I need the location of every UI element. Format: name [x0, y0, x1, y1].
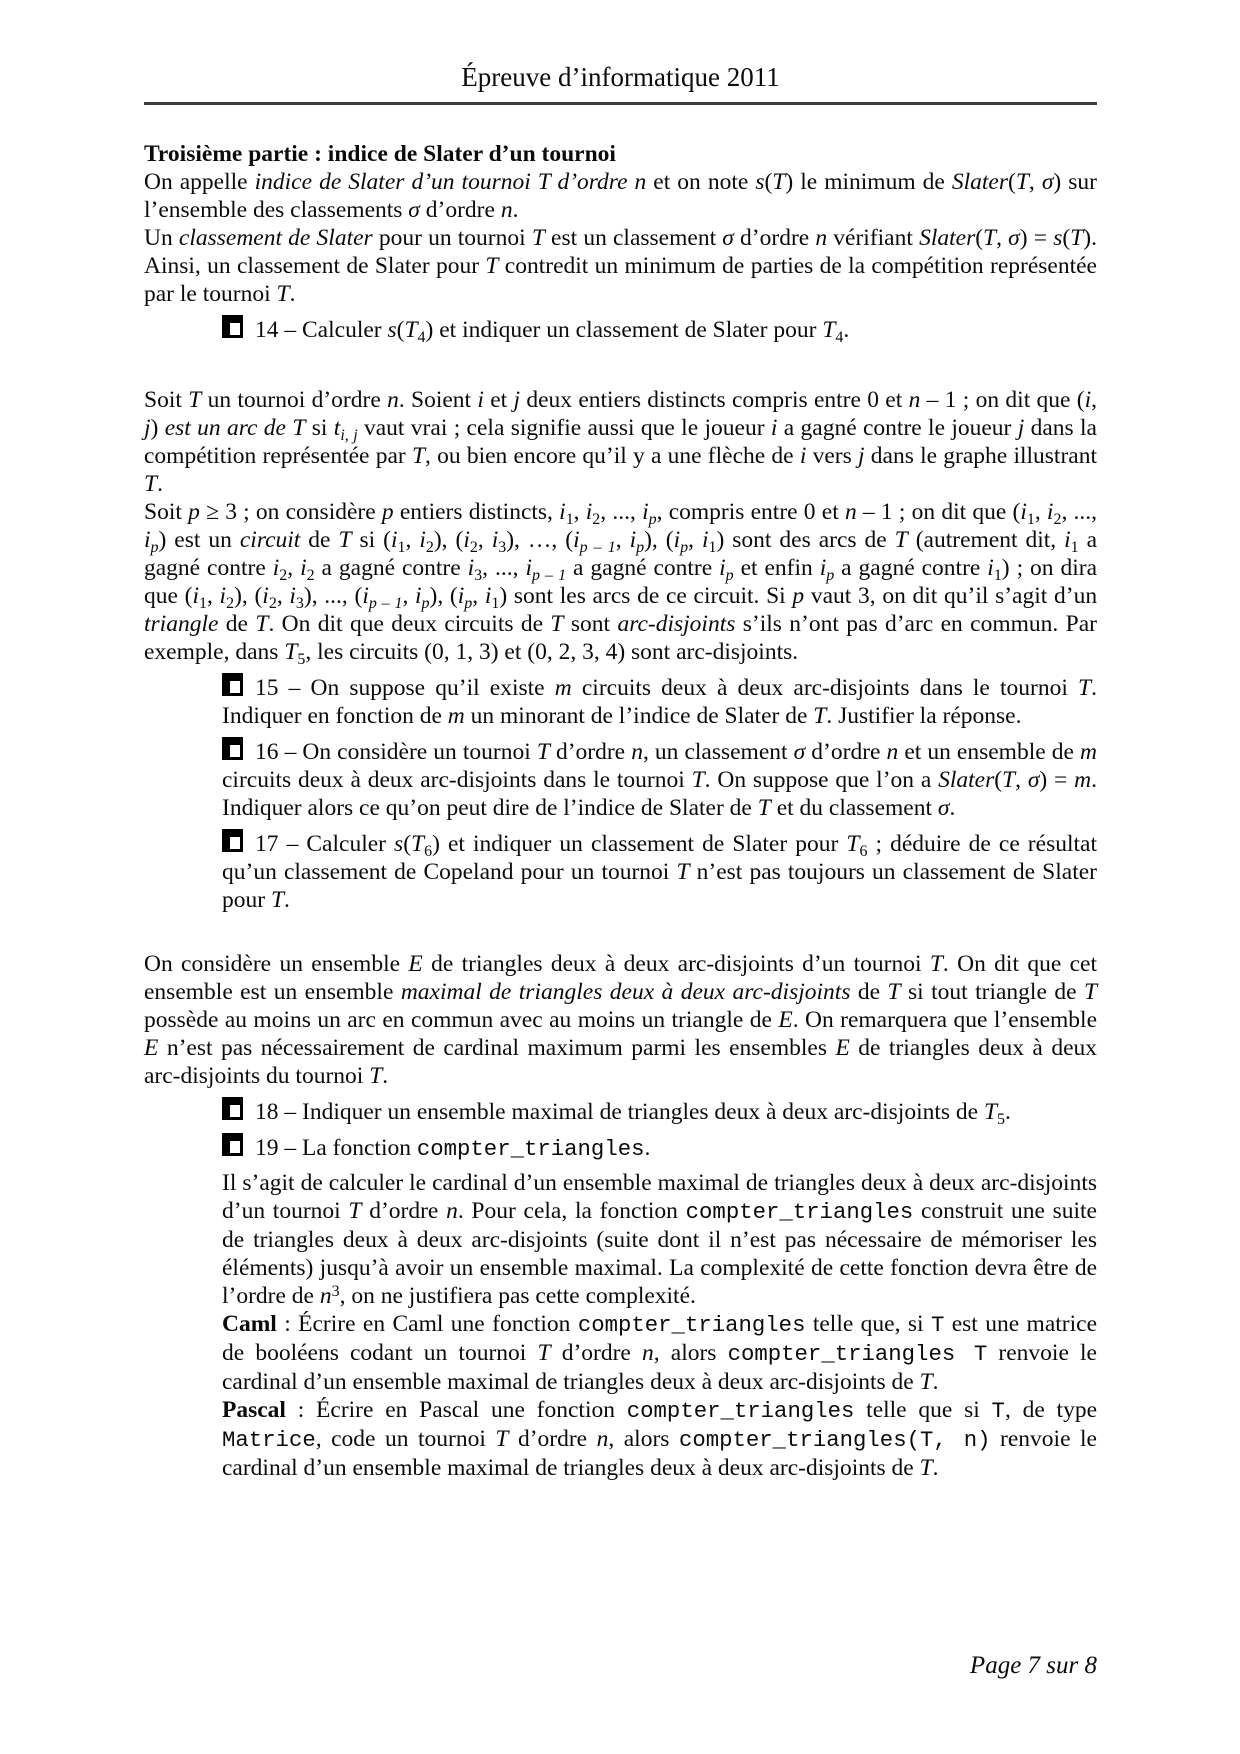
text-run: p	[382, 499, 394, 525]
text-run: .	[157, 471, 163, 497]
paragraph: On considère un ensemble E de triangles …	[144, 950, 1097, 1090]
text-run: 3	[474, 567, 482, 584]
text-run: de	[300, 527, 338, 553]
text-run: circuit	[240, 527, 300, 553]
text-run: ,	[207, 583, 220, 609]
text-run: T	[983, 225, 996, 251]
text-run: vers	[806, 443, 858, 469]
text-run: T	[692, 767, 705, 793]
section-gap	[144, 350, 1097, 386]
text-run: T	[920, 1455, 933, 1481]
text-run: E	[778, 1007, 792, 1033]
text-run: p	[636, 539, 644, 556]
text-run: i	[1020, 499, 1027, 525]
text-run: ,	[1029, 169, 1042, 195]
text-run: T	[813, 703, 826, 729]
text-run: 3	[498, 539, 506, 556]
text-run: , on ne justifiera pas cette complexité.	[340, 1283, 696, 1309]
text-run: T	[485, 253, 498, 279]
text-run: (	[1062, 225, 1070, 251]
text-run: Matrice	[222, 1427, 316, 1453]
text-run: a gagné contre	[566, 555, 719, 581]
text-run: 1	[566, 511, 574, 528]
text-run: n	[631, 739, 643, 765]
text-run: E	[408, 951, 422, 977]
text-run: . On suppose que l’on a	[705, 767, 938, 793]
text-run: i	[1064, 527, 1071, 553]
text-run: n	[320, 1283, 332, 1309]
text-run: .	[513, 197, 519, 223]
text-run: de	[850, 979, 887, 1005]
text-run: T	[537, 739, 550, 765]
section-heading: Troisième partie : indice de Slater d’un…	[144, 140, 1097, 168]
text-run: . Soient	[399, 387, 478, 413]
text-run: Soit	[144, 387, 188, 413]
text-run: le minimum de	[793, 169, 952, 195]
text-run: T	[255, 611, 268, 637]
text-run: σ	[938, 795, 950, 821]
text-run: ,	[1015, 767, 1028, 793]
text-run: T	[412, 443, 425, 469]
text-run: i	[144, 527, 151, 553]
text-run: est un classement	[545, 225, 722, 251]
text-run: sont	[564, 611, 618, 637]
text-run: a gagné contre	[315, 555, 468, 581]
text-run: 2	[426, 539, 434, 556]
text-run: .	[644, 1135, 650, 1161]
text-run: 2	[1053, 511, 1061, 528]
text-run: T	[931, 1312, 944, 1338]
section-gap	[144, 920, 1097, 950]
text-run: ,	[1035, 499, 1047, 525]
text-run: T	[271, 887, 284, 913]
text-run: T	[188, 387, 201, 413]
text-run: T	[1002, 767, 1015, 793]
text-run: i, j	[340, 427, 357, 444]
text-run: n	[446, 1198, 458, 1224]
text-run: s	[387, 317, 396, 343]
text-run: n	[909, 387, 921, 413]
text-run: .	[284, 887, 290, 913]
text-run: i	[300, 555, 307, 581]
text-run: i	[573, 527, 580, 553]
text-run: 19 – La fonction	[255, 1135, 417, 1161]
text-run: Pascal	[222, 1397, 286, 1423]
text-run: – 1 ; on dit que (	[857, 499, 1021, 525]
text-run: σ	[722, 225, 734, 251]
text-run: T	[984, 1099, 997, 1125]
text-run: (autrement dit,	[908, 527, 1064, 553]
text-run: a gagné contre le joueur	[777, 415, 1017, 441]
text-run: p – 1	[532, 567, 566, 584]
text-run: et	[484, 387, 514, 413]
text-run: ) =	[1020, 225, 1053, 251]
question-item: 19 – La fonction compter_triangles.	[222, 1132, 1097, 1163]
text-run: ,	[406, 527, 420, 553]
text-run: et enfin	[734, 555, 820, 581]
text-run: i	[362, 583, 369, 609]
text-run: Slater	[919, 225, 975, 251]
text-run: . On remarquera que l’ensemble	[793, 1007, 1097, 1033]
text-run: Troisième partie : indice de Slater d’un…	[144, 141, 616, 167]
text-run: Un	[144, 225, 179, 251]
text-run: s	[394, 831, 403, 857]
text-run: .	[382, 1063, 388, 1089]
text-run: – 1 ; on dit que (	[920, 387, 1084, 413]
text-run: , de type	[1005, 1397, 1097, 1423]
text-run: , ...,	[600, 499, 642, 525]
text-run: ,	[277, 583, 290, 609]
text-run: 1	[199, 595, 207, 612]
document-page: Épreuve d’informatique 2011 Troisième pa…	[0, 0, 1240, 1754]
text-run: compter_triangles	[686, 1199, 914, 1225]
text-run: 3	[332, 1283, 340, 1300]
paragraph: Caml : Écrire en Caml une fonction compt…	[222, 1310, 1097, 1396]
text-run: Soit	[144, 499, 188, 525]
text-run: T	[348, 1198, 361, 1224]
text-run: vérifiant	[827, 225, 919, 251]
text-run: T	[1078, 675, 1091, 701]
checkbox-icon	[222, 829, 243, 852]
checkbox-icon	[222, 315, 243, 338]
text-run: d’ordre	[508, 1426, 596, 1452]
text-run: T	[930, 951, 943, 977]
text-run: , ...,	[482, 555, 525, 581]
text-run: vaut 3, on dit qu’il s’agit d’un	[804, 583, 1097, 609]
text-run: T	[276, 281, 289, 307]
text-run: n	[845, 499, 857, 525]
text-run: 5	[997, 1111, 1005, 1128]
text-run: arc-disjoints	[617, 611, 735, 637]
text-run: 2	[307, 567, 315, 584]
text-run: d’ordre	[805, 739, 886, 765]
text-run: T	[895, 527, 908, 553]
text-run: ,	[616, 527, 630, 553]
text-run: (	[975, 225, 983, 251]
text-run: pour un tournoi	[373, 225, 532, 251]
text-run: T	[992, 1398, 1005, 1424]
text-run: telle que, si	[805, 1311, 931, 1337]
paragraph: Soit p ≥ 3 ; on considère p entiers dist…	[144, 498, 1097, 666]
text-run: T	[338, 527, 351, 553]
text-run: 1	[491, 595, 499, 612]
text-run: de triangles deux à deux arc-disjoints d…	[423, 951, 930, 977]
text-run: , code un tournoi	[316, 1426, 496, 1452]
text-run: i	[419, 527, 426, 553]
text-run: m	[448, 703, 465, 729]
text-run: est un arc de T	[165, 415, 306, 441]
document-body: Troisième partie : indice de Slater d’un…	[144, 140, 1097, 1482]
text-run: p	[792, 583, 804, 609]
text-run: entiers distincts,	[394, 499, 560, 525]
paragraph: Il s’agit de calculer le cardinal d’un e…	[222, 1169, 1097, 1310]
text-run: d’ordre	[361, 1198, 446, 1224]
checkbox-icon	[222, 1097, 243, 1120]
text-run: m	[1080, 739, 1097, 765]
text-run: ,	[472, 583, 485, 609]
text-run: i	[391, 527, 398, 553]
text-run: i	[719, 555, 726, 581]
text-run: 6	[859, 843, 867, 860]
text-run: et indiquer un classement de Slater pour	[433, 317, 822, 343]
text-run: possède au moins un arc en commun avec a…	[144, 1007, 778, 1033]
checkbox-icon	[222, 737, 243, 760]
text-run: .	[933, 1455, 939, 1481]
text-run: 2	[592, 511, 600, 528]
text-run: 17 – Calculer	[255, 831, 394, 857]
text-run: 4	[418, 329, 426, 346]
text-run: T	[676, 859, 689, 885]
text-run: i	[192, 583, 199, 609]
checkbox-icon	[222, 1133, 243, 1156]
text-run: (	[1008, 169, 1016, 195]
text-run: classement de Slater	[179, 225, 373, 251]
text-run: indice de Slater d’un tournoi T d’ordre …	[255, 169, 647, 195]
text-run: ,	[1091, 387, 1097, 413]
text-run: maximal de triangles deux à deux arc-dis…	[401, 979, 851, 1005]
text-run: ,	[996, 225, 1008, 251]
text-run: E	[144, 1035, 158, 1061]
text-run: 3	[296, 595, 304, 612]
text-run: i	[262, 583, 269, 609]
text-run: )	[1083, 225, 1091, 251]
text-run: . On dit que deux circuits de	[268, 611, 550, 637]
text-run: T	[758, 795, 771, 821]
text-run: compter_triangles T	[728, 1341, 988, 1367]
text-run: 14 – Calculer	[255, 317, 387, 343]
text-run: m	[555, 675, 572, 701]
text-run: T	[411, 831, 424, 857]
text-run: p – 1	[580, 539, 616, 556]
text-run: n	[887, 739, 899, 765]
text-run: circuits deux à deux arc-disjoints dans …	[222, 767, 692, 793]
text-run: 1	[1027, 511, 1035, 528]
text-run: p	[188, 499, 200, 525]
text-run: , ...,	[1061, 499, 1097, 525]
paragraph: Un classement de Slater pour un tournoi …	[144, 224, 1097, 308]
text-run: σ	[408, 197, 420, 223]
text-run: ), (	[644, 527, 674, 553]
text-run: telle que si	[854, 1397, 991, 1423]
text-run: Slater	[938, 767, 994, 793]
text-run: ) =	[1039, 767, 1074, 793]
text-run: .	[949, 795, 955, 821]
question-item: 15 – On suppose qu’il existe m circuits …	[222, 672, 1097, 730]
text-run: un tournoi d’ordre	[201, 387, 387, 413]
text-run: i	[642, 499, 649, 525]
text-run: ) et indiquer un classement de Slater po…	[432, 831, 846, 857]
text-run: n	[387, 387, 399, 413]
text-run: 5	[297, 651, 305, 668]
text-run: p – 1	[369, 595, 403, 612]
text-run: ,	[478, 527, 492, 553]
text-run: si	[305, 415, 333, 441]
text-run: de	[218, 611, 255, 637]
text-run: 2	[226, 595, 234, 612]
text-run: et du classement	[771, 795, 938, 821]
text-run: T	[1016, 169, 1029, 195]
text-run: n	[815, 225, 827, 251]
question-item: 16 – On considère un tournoi T d’ordre n…	[222, 736, 1097, 822]
text-run: .	[1005, 1099, 1011, 1125]
text-run: i	[289, 583, 296, 609]
page-number: Page 7 sur 8	[970, 1652, 1097, 1680]
text-run: et un ensemble de	[898, 739, 1080, 765]
text-run: Caml	[222, 1311, 277, 1337]
text-run: T	[404, 317, 417, 343]
text-run: si (	[352, 527, 391, 553]
text-run: si tout triangle de	[901, 979, 1084, 1005]
text-run: : Écrire en Caml une fonction	[277, 1311, 578, 1337]
text-run: T	[846, 831, 859, 857]
text-run: ,	[402, 583, 415, 609]
text-run: σ	[1008, 225, 1020, 251]
text-run: T	[772, 169, 785, 195]
text-run: 1	[708, 539, 716, 556]
text-run: d’ordre	[734, 225, 816, 251]
text-run: ,	[688, 527, 702, 553]
text-run: ≥ 3 ; on considère	[200, 499, 382, 525]
question-item: 18 – Indiquer un ensemble maximal de tri…	[222, 1096, 1097, 1126]
text-run: T	[920, 1369, 933, 1395]
text-run: i	[559, 499, 566, 525]
text-run: .	[933, 1369, 939, 1395]
text-run: . Justifier la réponse.	[826, 703, 1021, 729]
question-item: 17 – Calculer s(T6) et indiquer un class…	[222, 828, 1097, 914]
text-run: circuits deux à deux arc-disjoints dans …	[572, 675, 1078, 701]
text-run: n	[597, 1426, 609, 1452]
text-run: n	[501, 197, 513, 223]
text-run: 18 – Indiquer un ensemble maximal de tri…	[255, 1099, 984, 1125]
text-run: 1	[1071, 539, 1079, 556]
text-run: . Pour cela, la fonction	[458, 1198, 686, 1224]
text-run: ) sont des arcs de	[716, 527, 894, 553]
text-run: compter_triangles	[578, 1312, 806, 1338]
document-title: Épreuve d’informatique 2011	[461, 62, 779, 92]
text-run: a gagné contre	[834, 555, 987, 581]
text-run: T	[1070, 225, 1083, 251]
paragraph: Soit T un tournoi d’ordre n. Soient i et…	[144, 386, 1097, 498]
text-run: On considère un ensemble	[144, 951, 408, 977]
text-run: 1	[398, 539, 406, 556]
text-run: deux entiers distincts compris entre 0 e…	[520, 387, 909, 413]
text-run: p	[151, 539, 159, 556]
text-run: p	[422, 595, 430, 612]
text-run: T	[888, 979, 901, 1005]
text-run: .	[843, 317, 849, 343]
text-run: , alors	[654, 1340, 728, 1366]
text-run: vaut vrai ; cela signifie aussi que le j…	[358, 415, 771, 441]
text-run: i	[987, 555, 994, 581]
text-run: ), …, (	[506, 527, 573, 553]
text-run: (	[994, 767, 1002, 793]
text-run: 6	[424, 843, 432, 860]
text-run: ), (	[430, 583, 458, 609]
text-run: (	[403, 831, 411, 857]
text-run: T	[537, 1340, 550, 1366]
question-item: 14 – Calculer s(T4) et indiquer un class…	[222, 314, 1097, 344]
text-run: T	[369, 1063, 382, 1089]
text-run: p	[649, 511, 657, 528]
text-run: Slater	[952, 169, 1008, 195]
text-run: 15 – On suppose qu’il existe	[255, 675, 555, 701]
text-run: m	[1074, 767, 1091, 793]
text-run: )	[151, 415, 165, 441]
text-run: p	[680, 539, 688, 556]
text-run: ) sont les arcs de ce circuit. Si	[499, 583, 792, 609]
text-run: T	[284, 639, 297, 665]
text-run: i	[415, 583, 422, 609]
text-run: T	[495, 1426, 508, 1452]
text-run: ,	[287, 555, 300, 581]
text-run: s	[1053, 225, 1062, 251]
text-run: 4	[835, 329, 843, 346]
text-run: p	[826, 567, 834, 584]
text-run: i	[525, 555, 532, 581]
text-run: On appelle	[144, 169, 255, 195]
text-run: , ou bien encore qu’il y a une flèche de	[425, 443, 800, 469]
text-run: , les circuits (0, 1, 3) et (0, 2, 3, 4)…	[305, 639, 798, 665]
text-run: un minorant de l’indice de Slater de	[465, 703, 813, 729]
text-run: et on note	[646, 169, 755, 195]
text-run: , alors	[608, 1426, 679, 1452]
text-run: dans le graphe illustrant	[865, 443, 1097, 469]
text-run: n	[642, 1340, 654, 1366]
text-run: 16 – On considère un tournoi	[255, 739, 537, 765]
checkbox-icon	[222, 673, 243, 696]
text-run: , un classement	[643, 739, 794, 765]
text-run: ), ..., (	[304, 583, 362, 609]
text-run: ), (	[234, 583, 262, 609]
text-run: T	[550, 611, 563, 637]
text-run: T	[532, 225, 545, 251]
page-header: Épreuve d’informatique 2011	[144, 62, 1097, 105]
text-run: , compris entre 0 et	[657, 499, 845, 525]
text-run: ,	[574, 499, 586, 525]
text-run: σ	[1028, 767, 1040, 793]
text-run: compter_triangles	[627, 1398, 855, 1424]
text-run: T	[1084, 979, 1097, 1005]
paragraph: Pascal : Écrire en Pascal une fonction c…	[222, 1396, 1097, 1482]
text-run: d’ordre	[550, 739, 631, 765]
text-run: : Écrire en Pascal une fonction	[286, 1397, 627, 1423]
text-run: triangle	[144, 611, 218, 637]
text-run: ) est un	[159, 527, 240, 553]
text-run: σ	[794, 739, 806, 765]
text-run: ), (	[434, 527, 464, 553]
text-run: 1	[994, 567, 1002, 584]
text-run: 2	[279, 567, 287, 584]
text-run: d’ordre	[420, 197, 501, 223]
text-run: σ	[1042, 169, 1054, 195]
text-run: compter_triangles(T, n)	[679, 1427, 991, 1453]
text-run: p	[464, 595, 472, 612]
text-run: d’ordre	[551, 1340, 642, 1366]
text-run: E	[835, 1035, 849, 1061]
text-run: 2	[470, 539, 478, 556]
text-run: p	[726, 567, 734, 584]
text-run: T	[822, 317, 835, 343]
text-run: compter_triangles	[417, 1136, 645, 1162]
text-run: i	[463, 527, 470, 553]
paragraph: On appelle indice de Slater d’un tournoi…	[144, 168, 1097, 224]
text-run: 2	[269, 595, 277, 612]
text-run: .	[290, 281, 296, 307]
text-run: n’est pas nécessairement de cardinal max…	[158, 1035, 835, 1061]
text-run: T	[144, 471, 157, 497]
